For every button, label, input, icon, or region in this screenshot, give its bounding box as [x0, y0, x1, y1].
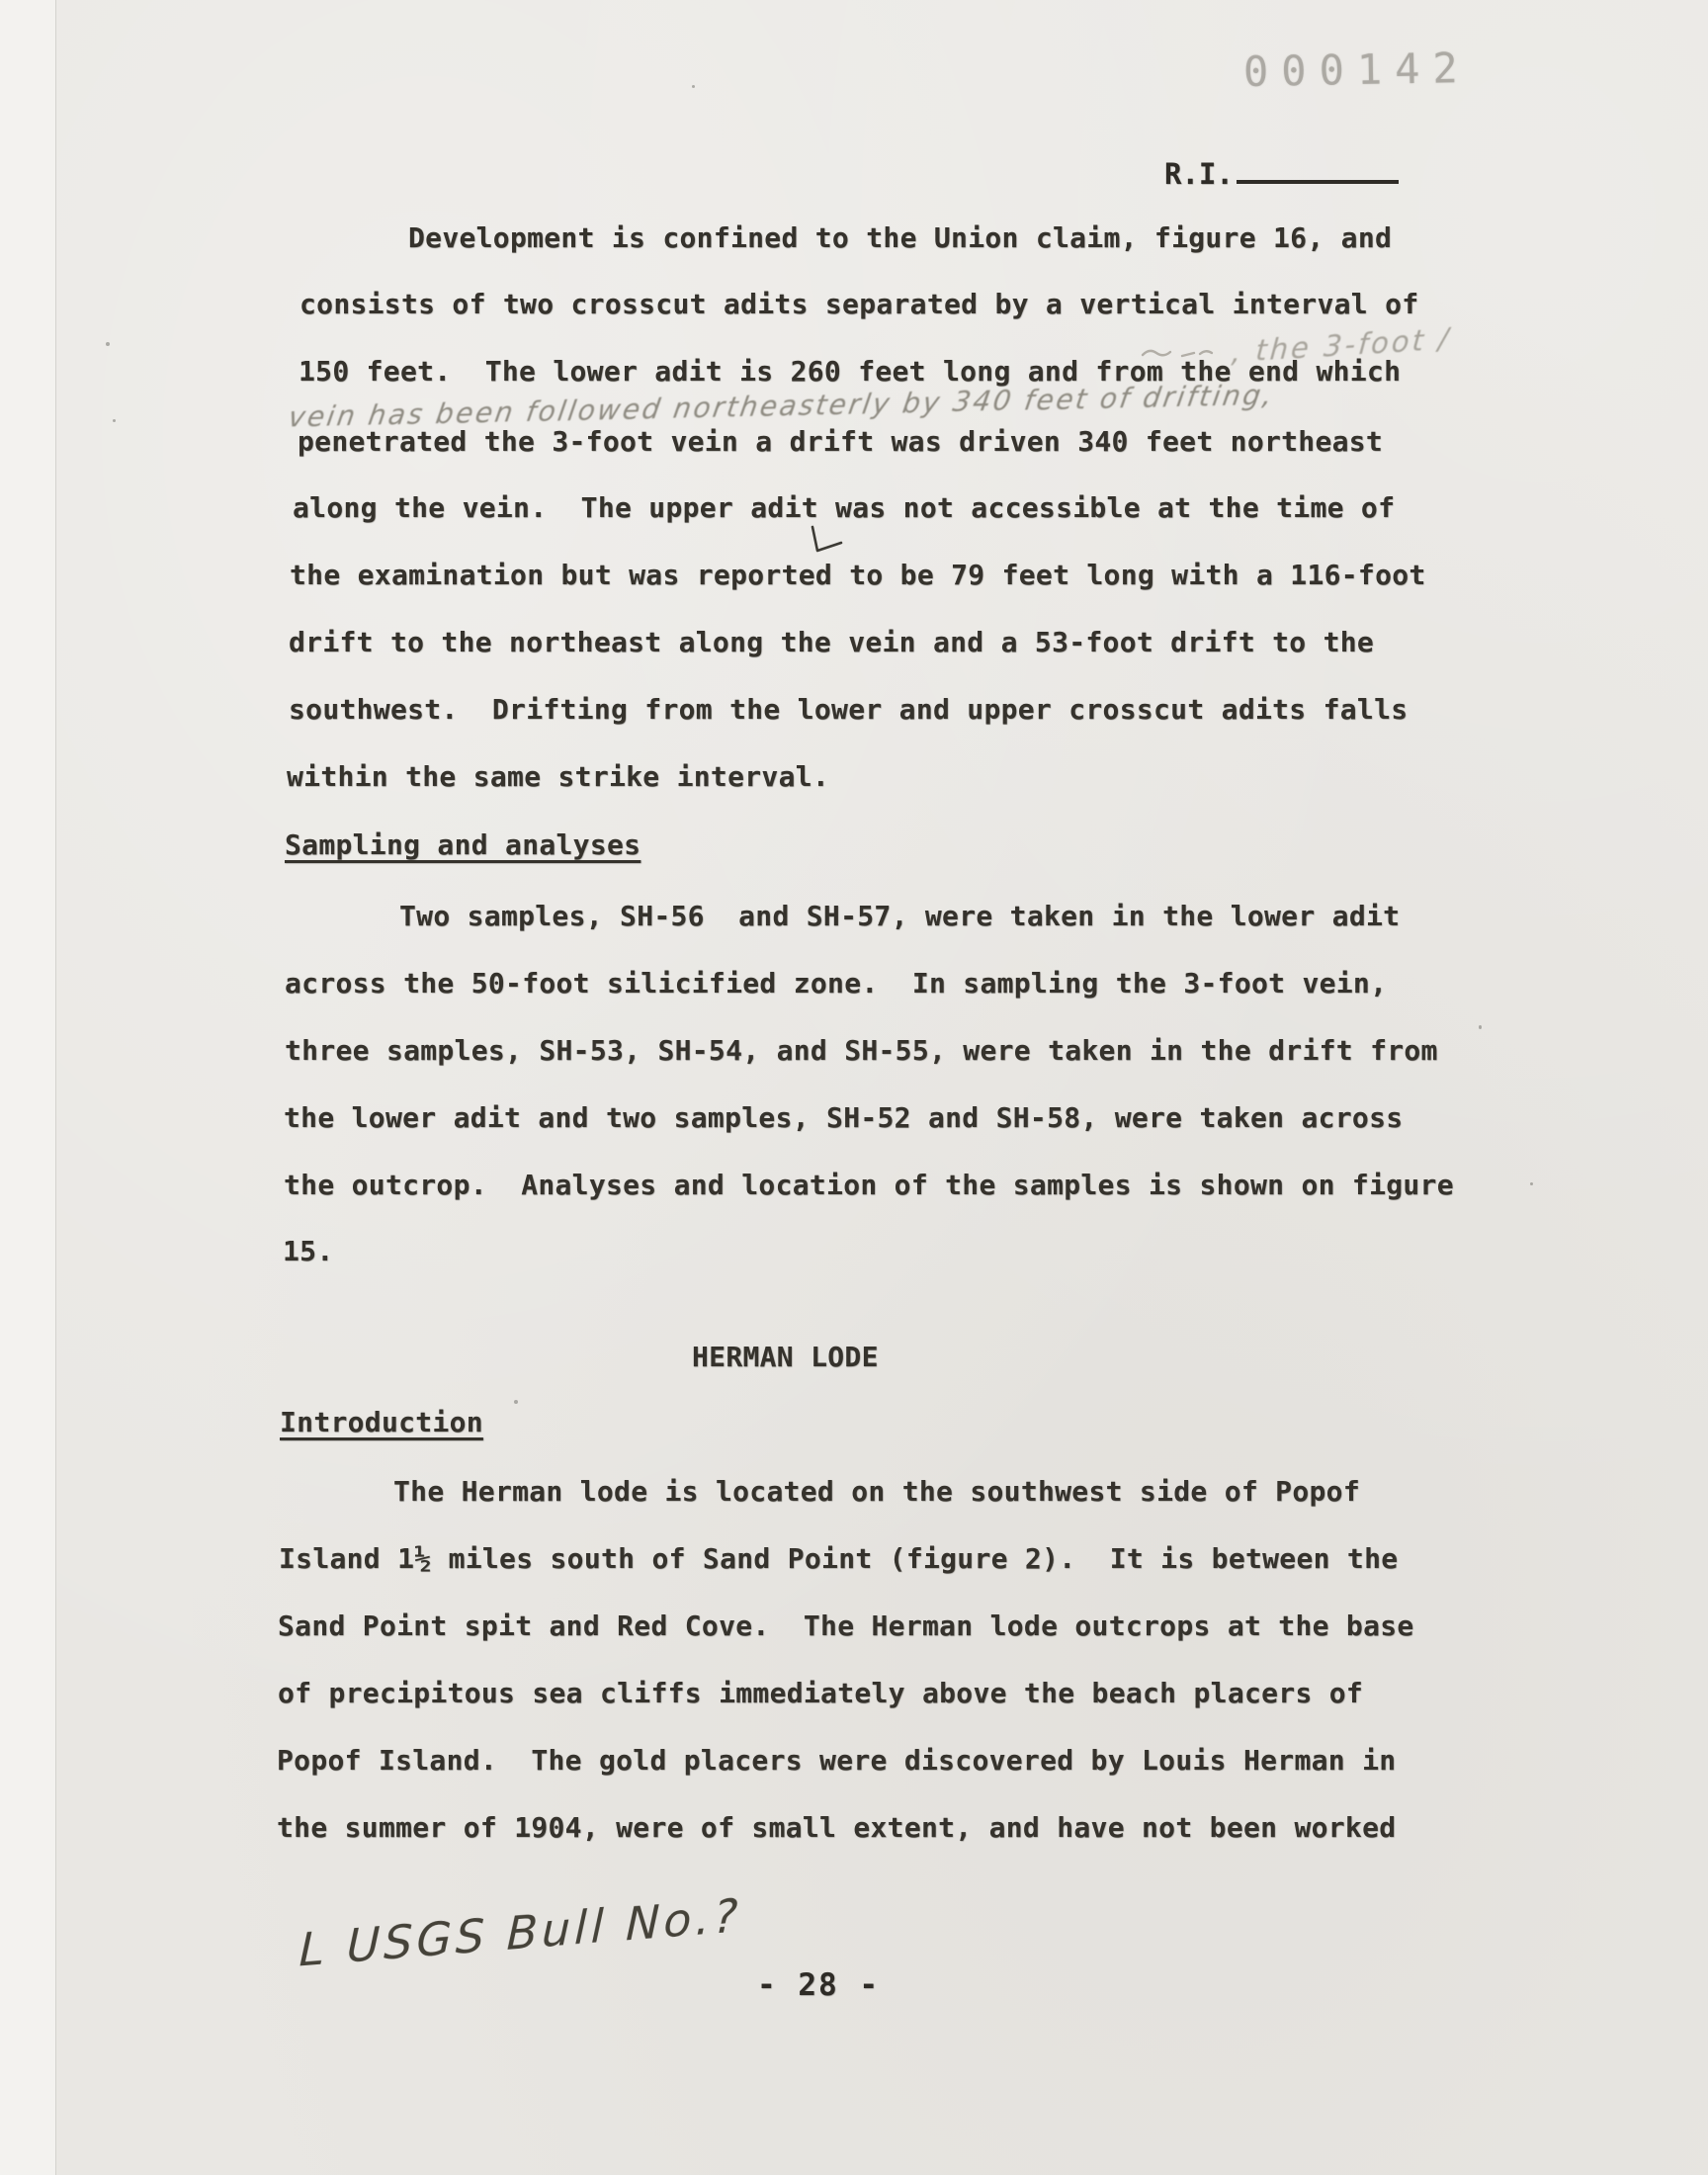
stamp-number: 000142 [1243, 43, 1472, 96]
typed-line: penetrated the 3-foot vein a drift was d… [298, 425, 1383, 459]
report-id-header: R.I. [1164, 156, 1399, 191]
typed-line: the summer of 1904, were of small extent… [277, 1811, 1396, 1845]
typed-line: southwest. Drifting from the lower and u… [289, 693, 1408, 727]
caret-mark-icon [809, 524, 844, 556]
scan-edge-strip [0, 0, 56, 2175]
page-number: - 28 - [757, 1967, 880, 2003]
typed-line: Popof Island. The gold placers were disc… [277, 1744, 1396, 1778]
scan-speck [106, 342, 110, 346]
typed-line: the outcrop. Analyses and location of th… [284, 1169, 1454, 1202]
section-heading-introduction: Introduction [280, 1406, 483, 1439]
typed-line: The Herman lode is located on the southw… [393, 1475, 1360, 1509]
pencil-annotation-top: , the 3-foot / [1231, 321, 1452, 369]
typed-line: the lower adit and two samples, SH-52 an… [284, 1101, 1403, 1135]
typed-line: within the same strike interval. [287, 760, 829, 794]
typed-line: Development is confined to the Union cla… [408, 221, 1392, 255]
typed-line: Sand Point spit and Red Cove. The Herman… [278, 1609, 1414, 1643]
ri-blank-line [1237, 156, 1399, 184]
typed-line: of precipitous sea cliffs immediately ab… [278, 1677, 1363, 1710]
illegible-scribble [1139, 342, 1228, 364]
typed-line: three samples, SH-53, SH-54, and SH-55, … [285, 1034, 1438, 1068]
bottom-handwritten-note: L USGS Bull No.? [299, 1888, 742, 1977]
typed-line: across the 50-foot silicified zone. In s… [285, 967, 1387, 1000]
typed-line: consists of two crosscut adits separated… [299, 288, 1418, 321]
typed-line: Island 1½ miles south of Sand Point (fig… [279, 1542, 1398, 1576]
section-heading-herman-lode: HERMAN LODE [692, 1341, 879, 1374]
scan-speck [113, 419, 116, 422]
typed-line: 15. [283, 1235, 333, 1268]
section-heading-sampling: Sampling and analyses [285, 828, 640, 862]
typed-line: drift to the northeast along the vein an… [289, 626, 1374, 659]
scan-speck [1530, 1182, 1533, 1185]
scan-speck [1479, 1025, 1482, 1029]
ri-label: R.I. [1164, 157, 1234, 191]
typed-line: Two samples, SH-56 and SH-57, were taken… [399, 900, 1400, 933]
typed-line: along the vein. The upper adit was not a… [293, 491, 1395, 525]
typed-line: the examination but was reported to be 7… [290, 559, 1426, 592]
scan-speck [692, 85, 695, 88]
document-page: 000142 R.I. Development is confined to t… [0, 0, 1708, 2175]
scan-speck [514, 1400, 518, 1404]
